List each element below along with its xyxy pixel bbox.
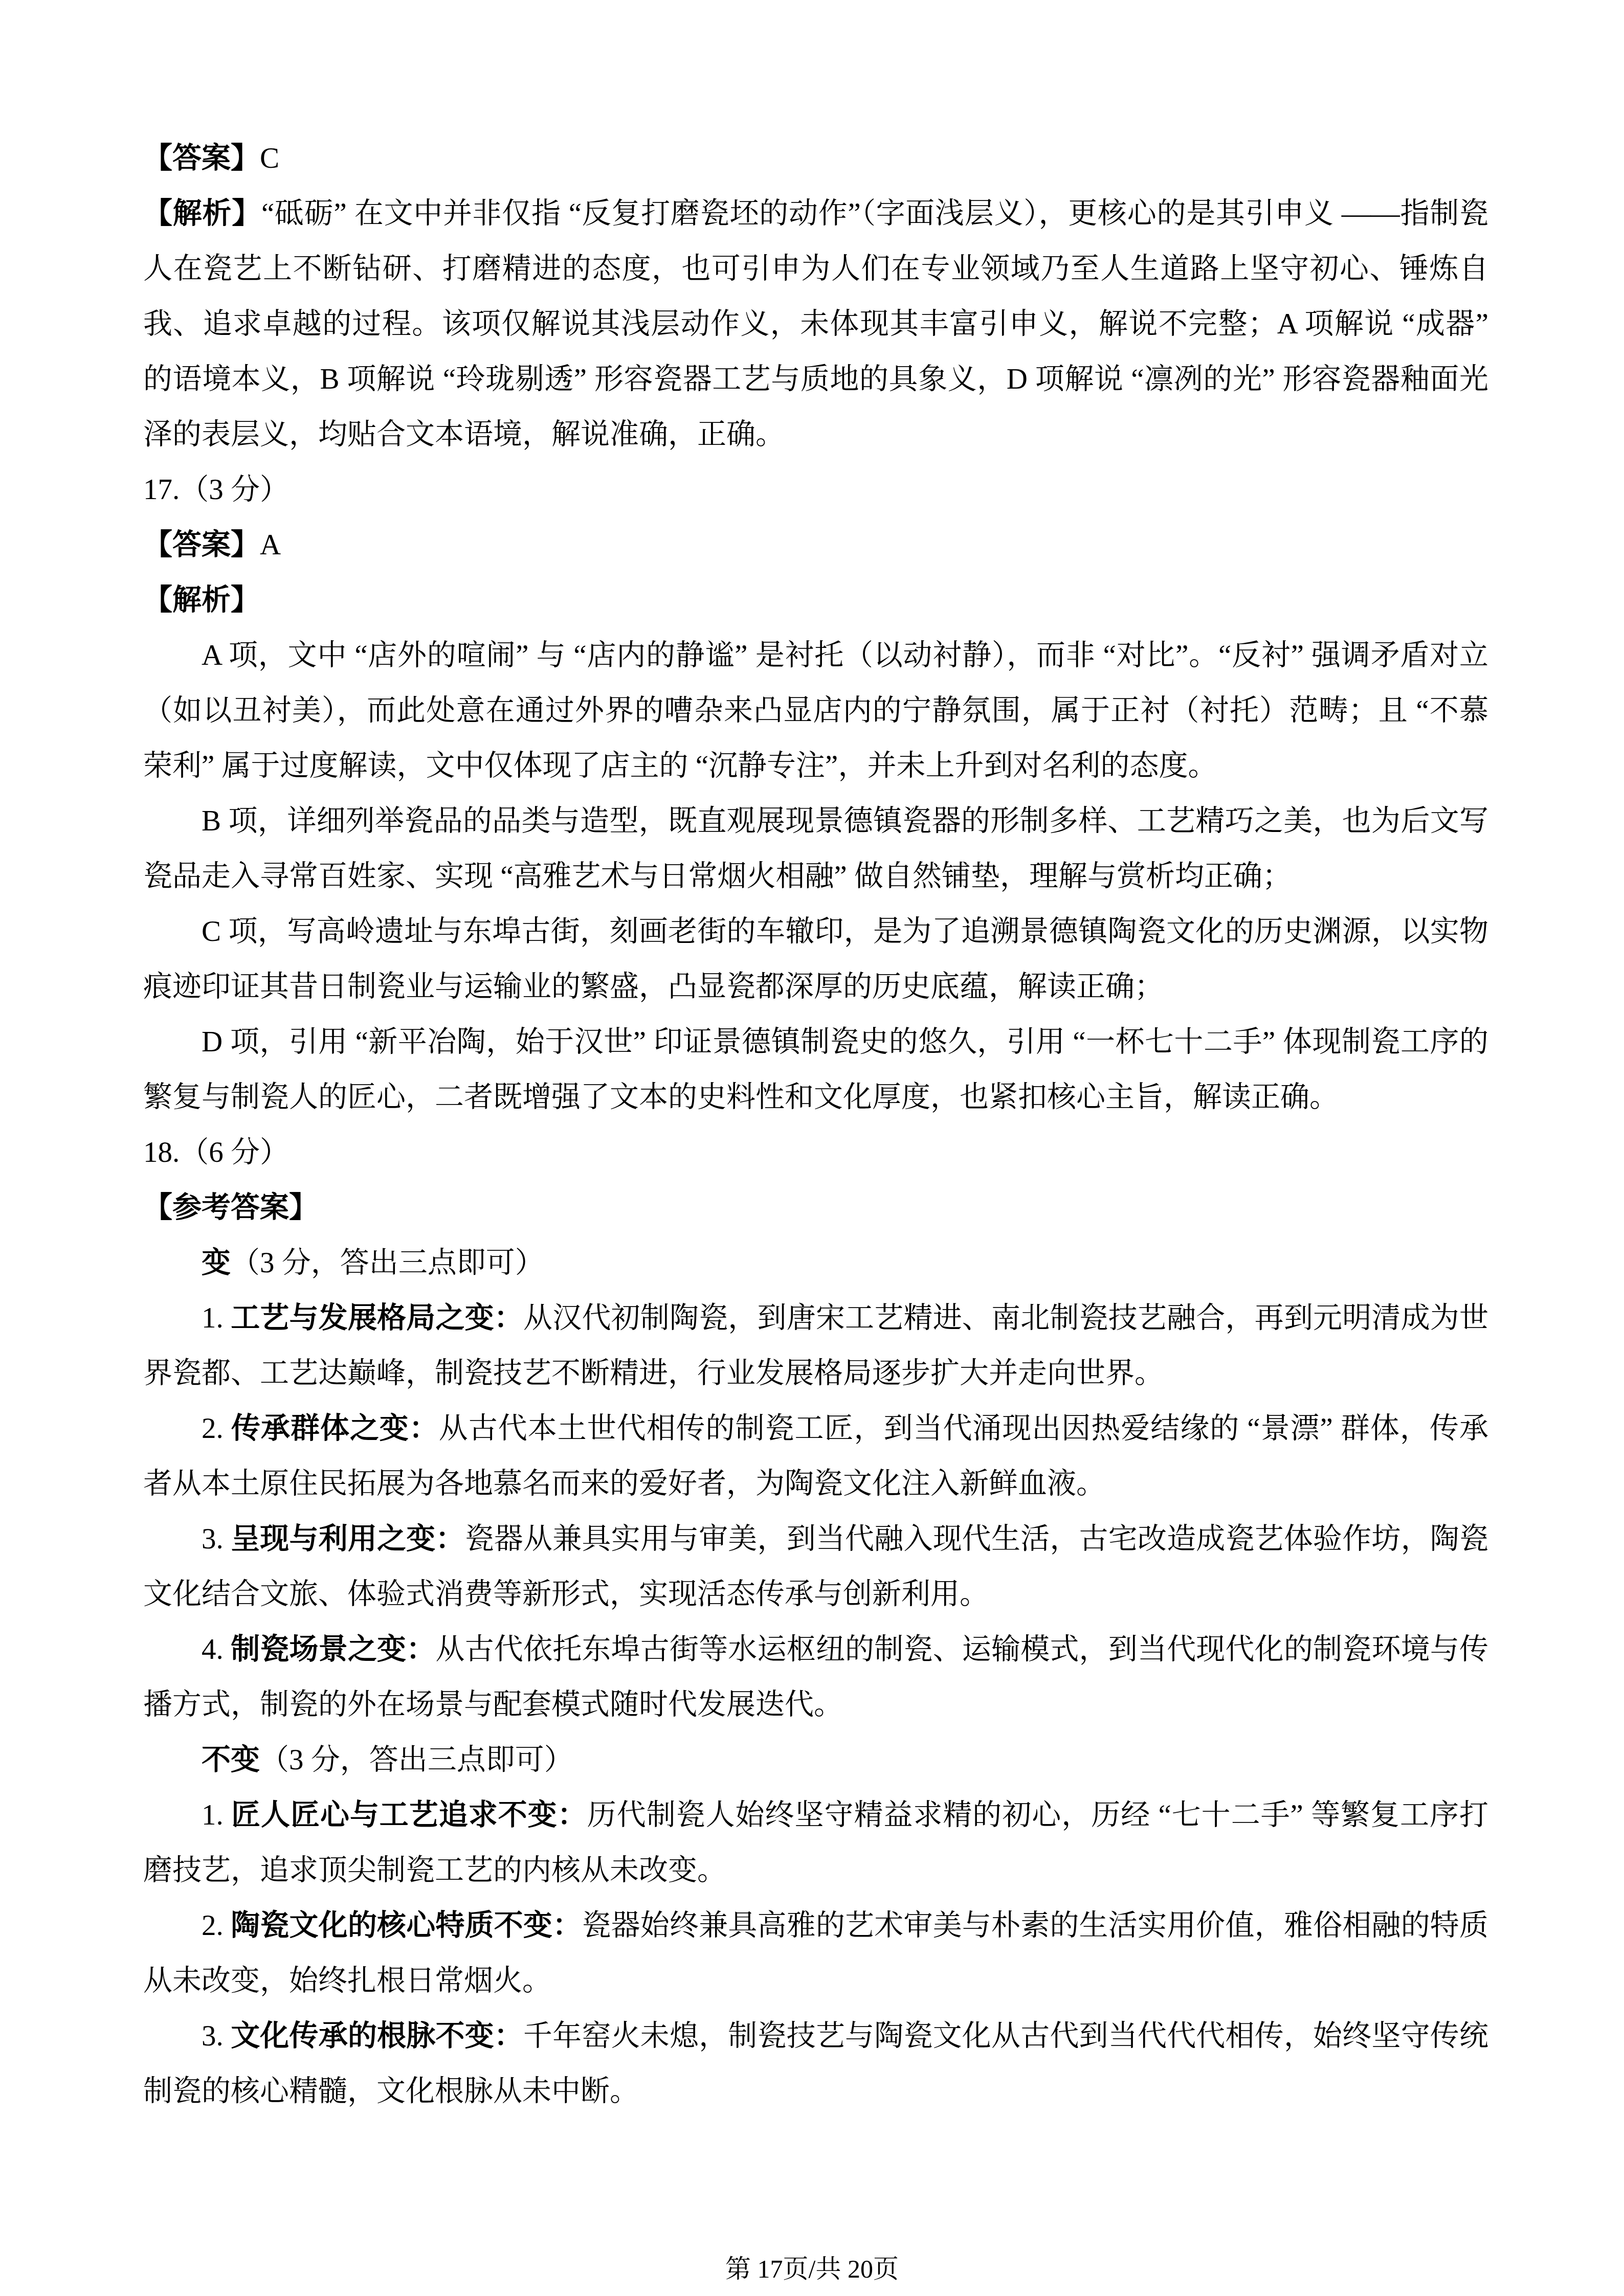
page-footer: 第 17页/共 20页 bbox=[0, 2253, 1624, 2285]
paragraph-text: “砥砺” 在文中并非仅指 “反复打磨瓷坯的动作”（字面浅层义），更核心的是其引申… bbox=[143, 197, 1488, 451]
paragraph-text: 18.（6 分） bbox=[143, 1136, 289, 1168]
paragraph-text: 17.（3 分） bbox=[143, 474, 289, 506]
paragraph-text: D 项，引用 “新平冶陶，始于汉世” 印证景德镇制瓷史的悠久，引用 “一杯七十二… bbox=[143, 1026, 1488, 1113]
paragraph: 【解析】“砥砺” 在文中并非仅指 “反复打磨瓷坯的动作”（字面浅层义），更核心的… bbox=[143, 186, 1488, 462]
paragraph-text: （3 分，答出三点即可） bbox=[260, 1744, 573, 1776]
paragraph-number: 2. bbox=[202, 1412, 231, 1445]
paragraph: 2. 陶瓷文化的核心特质不变：瓷器始终兼具高雅的艺术审美与朴素的生活实用价值，雅… bbox=[143, 1898, 1488, 2009]
paragraph-lead: 变 bbox=[202, 1247, 231, 1279]
paragraph: 1. 工艺与发展格局之变：从汉代初制陶瓷，到唐宋工艺精进、南北制瓷技艺融合，再到… bbox=[143, 1291, 1488, 1401]
paragraph-text: C 项，写高岭遗址与东埠古街，刻画老街的车辙印，是为了追溯景德镇陶瓷文化的历史渊… bbox=[143, 915, 1488, 1003]
paragraph-number: 3. bbox=[202, 2020, 231, 2052]
paragraph: 3. 呈现与利用之变：瓷器从兼具实用与审美，到当代融入现代生活，古宅改造成瓷艺体… bbox=[143, 1512, 1488, 1622]
answer-key-content: 【答案】C 【解析】“砥砺” 在文中并非仅指 “反复打磨瓷坯的动作”（字面浅层义… bbox=[143, 131, 1488, 2119]
paragraph-number: 3. bbox=[202, 1523, 231, 1555]
paragraph-lead: 匠人匠心与工艺追求不变： bbox=[231, 1799, 587, 1831]
paragraph-number: 4. bbox=[202, 1633, 231, 1665]
paragraph-text: C bbox=[260, 142, 279, 174]
paragraph: A 项，文中 “店外的喧闹” 与 “店内的静谧” 是衬托（以动衬静），而非 “对… bbox=[143, 628, 1488, 794]
paragraph: 【解析】 bbox=[143, 573, 1488, 628]
paragraph: B 项，详细列举瓷品的品类与造型，既直观展现景德镇瓷器的形制多样、工艺精巧之美，… bbox=[143, 794, 1488, 904]
paragraph-number: 2. bbox=[202, 1909, 231, 1942]
paragraph: 3. 文化传承的根脉不变：千年窑火未熄，制瓷技艺与陶瓷文化从古代到当代代代相传，… bbox=[143, 2009, 1488, 2119]
paragraph-lead: 工艺与发展格局之变： bbox=[231, 1302, 523, 1334]
paragraph: 2. 传承群体之变：从古代本土世代相传的制瓷工匠，到当代涌现出因热爱结缘的 “景… bbox=[143, 1401, 1488, 1512]
paragraph: 变（3 分，答出三点即可） bbox=[143, 1235, 1488, 1291]
paragraph-lead: 文化传承的根脉不变： bbox=[231, 2020, 523, 2052]
paragraph: 18.（6 分） bbox=[143, 1125, 1488, 1180]
paragraph: 1. 匠人匠心与工艺追求不变：历代制瓷人始终坚守精益求精的初心，历经 “七十二手… bbox=[143, 1788, 1488, 1898]
paragraph-lead: 陶瓷文化的核心特质不变： bbox=[231, 1909, 582, 1942]
paragraph: 【参考答案】 bbox=[143, 1180, 1488, 1235]
paragraph-text: B 项，详细列举瓷品的品类与造型，既直观展现景德镇瓷器的形制多样、工艺精巧之美，… bbox=[143, 805, 1488, 892]
paragraph: 【答案】C bbox=[143, 131, 1488, 186]
paragraph-lead: 不变 bbox=[202, 1744, 260, 1776]
paragraph: C 项，写高岭遗址与东埠古街，刻画老街的车辙印，是为了追溯景德镇陶瓷文化的历史渊… bbox=[143, 904, 1488, 1015]
paragraph-lead: 【解析】 bbox=[143, 584, 260, 616]
paragraph-lead: 【答案】 bbox=[143, 529, 260, 561]
paragraph-text: A bbox=[260, 529, 281, 561]
paragraph-lead: 【答案】 bbox=[143, 142, 260, 174]
paragraph-lead: 呈现与利用之变： bbox=[231, 1523, 465, 1555]
paragraph-lead: 制瓷场景之变： bbox=[231, 1633, 435, 1665]
paragraph-text: （3 分，答出三点即可） bbox=[231, 1247, 544, 1279]
paragraph: D 项，引用 “新平冶陶，始于汉世” 印证景德镇制瓷史的悠久，引用 “一杯七十二… bbox=[143, 1015, 1488, 1125]
paragraph: 【答案】A bbox=[143, 517, 1488, 573]
page-number-label: 第 17页/共 20页 bbox=[725, 2255, 899, 2283]
paragraph-lead: 【解析】 bbox=[143, 197, 261, 230]
paragraph-number: 1. bbox=[202, 1302, 231, 1334]
document-page: 【答案】C 【解析】“砥砺” 在文中并非仅指 “反复打磨瓷坯的动作”（字面浅层义… bbox=[0, 0, 1624, 2296]
paragraph-lead: 【参考答案】 bbox=[143, 1191, 318, 1224]
paragraph-number: 1. bbox=[202, 1799, 231, 1831]
paragraph: 4. 制瓷场景之变：从古代依托东埠古街等水运枢纽的制瓷、运输模式，到当代现代化的… bbox=[143, 1622, 1488, 1732]
paragraph-lead: 传承群体之变： bbox=[231, 1412, 439, 1445]
paragraph-text: A 项，文中 “店外的喧闹” 与 “店内的静谧” 是衬托（以动衬静），而非 “对… bbox=[143, 639, 1488, 782]
paragraph: 17.（3 分） bbox=[143, 462, 1488, 517]
paragraph: 不变（3 分，答出三点即可） bbox=[143, 1732, 1488, 1788]
